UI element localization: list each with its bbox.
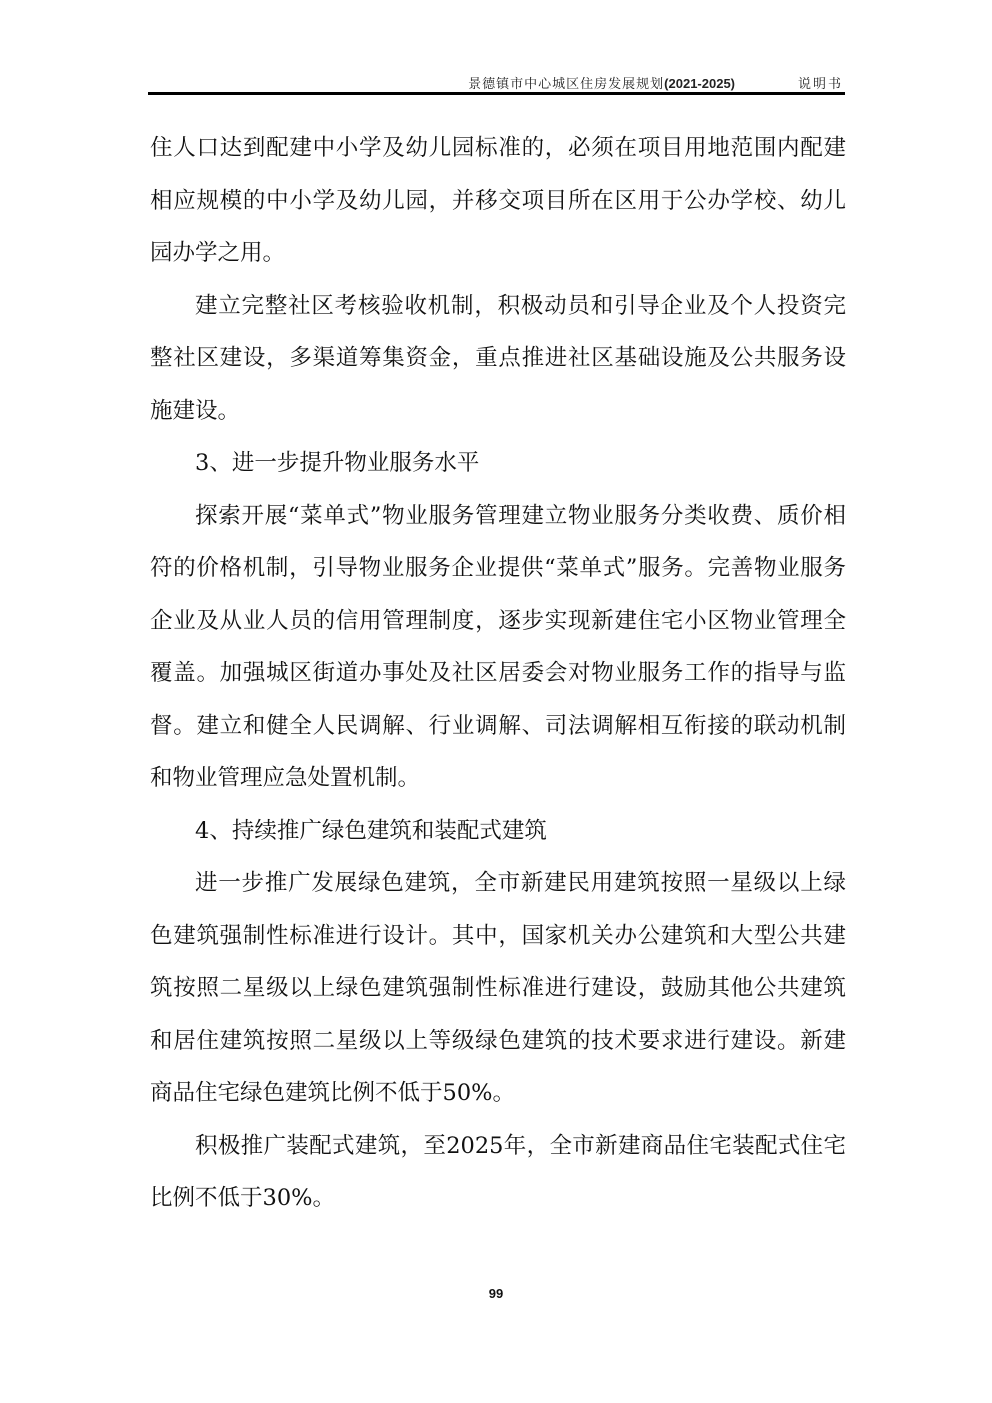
paragraph: 建立完整社区考核验收机制，积极动员和引导企业及个人投资完整社区建设，多渠道筹集资… <box>150 280 846 438</box>
document-title: 景德镇市中心城区住房发展规划(2021-2025) <box>468 73 735 92</box>
paragraph: 进一步推广发展绿色建筑，全市新建民用建筑按照一星级以上绿色建筑强制性标准进行设计… <box>150 857 846 1120</box>
running-header: 景德镇市中心城区住房发展规划(2021-2025) 说明书 <box>148 70 845 92</box>
section-label: 说明书 <box>798 73 843 92</box>
section-heading: 3、进一步提升物业服务水平 <box>150 437 846 490</box>
page-body: 住人口达到配建中小学及幼儿园标准的，必须在项目用地范围内配建相应规模的中小学及幼… <box>150 122 846 1225</box>
paragraph: 探索开展“菜单式”物业服务管理建立物业服务分类收费、质价相符的价格机制，引导物业… <box>150 490 846 805</box>
paragraph-continuation: 住人口达到配建中小学及幼儿园标准的，必须在项目用地范围内配建相应规模的中小学及幼… <box>150 122 846 280</box>
document-title-text: 景德镇市中心城区住房发展规划 <box>468 77 664 92</box>
paragraph: 积极推广装配式建筑，至2025年，全市新建商品住宅装配式住宅比例不低于30%。 <box>150 1120 846 1225</box>
page-number: 99 <box>0 1286 992 1301</box>
header-divider <box>148 92 845 95</box>
document-title-years: (2021-2025) <box>664 76 735 91</box>
section-heading: 4、持续推广绿色建筑和装配式建筑 <box>150 805 846 858</box>
